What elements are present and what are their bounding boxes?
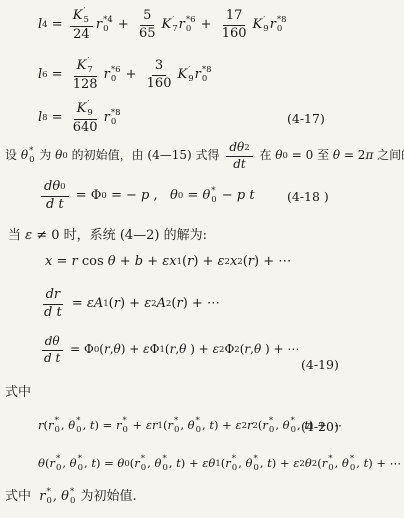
equation-l6: l6 = K′7128r*60 + 3160K′9r*80	[0, 57, 404, 93]
equation-theta-series-content: θ(r*0, θ*0, t) = θ0(r*0, θ*0, t) + εθ1(r…	[38, 455, 401, 473]
equation-4-18: dθ0d t = Φ0 = − p , θ0 = θ*0 − p t (4-18…	[0, 178, 404, 214]
label-where-1: 式中	[0, 384, 404, 402]
equation-l8: l8 = K′9640r*80 (4-17)	[0, 100, 404, 136]
equation-x-series-content: x = r cos θ + b + εx1(r) + ε2x2(r) + ⋯	[45, 255, 291, 270]
equation-r-series: r(r*0, θ*0, t) = r*0 + εr1(r*0, θ*0, t) …	[0, 414, 404, 438]
equation-dr-dt: drd t = εA1(r) + ε2A2(r) + ⋯	[0, 286, 404, 322]
label-where-1-text: 式中	[5, 386, 31, 401]
equation-dtheta-dt-content: dθd t = Φ0(r,θ) + εΦ1(r,θ ) + ε2Φ2(r,θ )…	[38, 335, 299, 366]
paragraph-initial-value: 设 θ*0 为 θ0 的初始值，由 (4—15) 式得 dθ2dt 在 θ0 =…	[0, 138, 404, 174]
equation-dr-dt-content: drd t = εA1(r) + ε2A2(r) + ⋯	[38, 288, 220, 321]
equation-l6-content: l6 = K′7128r*60 + 3160K′9r*80	[38, 57, 213, 93]
paragraph-initial-note: 式中 r*0, θ*0 为初始值.	[0, 488, 404, 506]
equation-l4: l4 = K′524r*40 + 565K′7r*60 + 17160K′9r*…	[0, 7, 404, 43]
paragraph-epsilon-solution-content: 当 ε ≠ 0 时，系统 (4—2) 的解为:	[8, 229, 207, 244]
equation-l4-content: l4 = K′524r*40 + 565K′7r*60 + 17160K′9r*…	[38, 7, 288, 43]
equation-l8-content: l8 = K′9640r*80	[38, 100, 121, 136]
equation-tag-4-17: (4-17)	[287, 111, 325, 126]
equation-r-series-content: r(r*0, θ*0, t) = r*0 + εr1(r*0, θ*0, t) …	[38, 417, 342, 435]
equation-tag-4-20: (4-20)	[301, 419, 339, 434]
equation-dtheta-dt: dθd t = Φ0(r,θ) + εΦ1(r,θ ) + ε2Φ2(r,θ )…	[0, 332, 404, 368]
equation-4-18-content: dθ0d t = Φ0 = − p , θ0 = θ*0 − p t	[38, 180, 255, 213]
equation-theta-series: θ(r*0, θ*0, t) = θ0(r*0, θ*0, t) + εθ1(r…	[0, 452, 404, 476]
paragraph-initial-value-content: 设 θ*0 为 θ0 的初始值，由 (4—15) 式得 dθ2dt 在 θ0 =…	[5, 141, 404, 172]
paragraph-epsilon-solution: 当 ε ≠ 0 时，系统 (4—2) 的解为:	[0, 227, 404, 245]
paragraph-initial-note-content: 式中 r*0, θ*0 为初始值.	[5, 488, 137, 506]
scanned-page: l4 = K′524r*40 + 565K′7r*60 + 17160K′9r*…	[0, 7, 404, 518]
equation-tag-4-18: (4-18 )	[287, 189, 329, 204]
equation-x-series: x = r cos θ + b + εx1(r) + ε2x2(r) + ⋯	[0, 252, 404, 272]
equation-tag-4-19: (4-19)	[301, 357, 339, 372]
